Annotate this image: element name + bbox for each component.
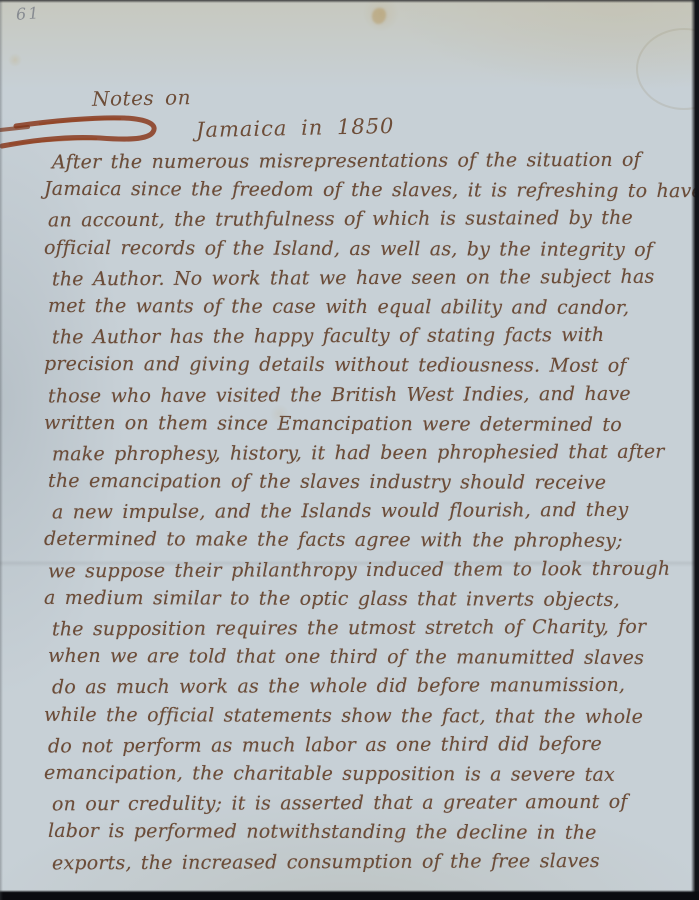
manuscript-line: labor is performed notwithstanding the d…	[44, 817, 684, 848]
manuscript-line: emancipation, the charitable supposition…	[44, 759, 684, 790]
manuscript-line: exports, the increased consumption of th…	[44, 846, 684, 878]
manuscript-line: the supposition requires the utmost stre…	[44, 613, 684, 645]
photo-edge-right	[691, 0, 699, 900]
photo-edge-bottom	[0, 890, 699, 900]
manuscript-line: a medium similar to the optic glass that…	[44, 584, 684, 615]
heading-jamaica-1850: Jamaica in 1850	[196, 114, 395, 142]
manuscript-page: 61 Notes on Jamaica in 1850 After the nu…	[0, 0, 699, 900]
manuscript-line: we suppose their philanthropy induced th…	[44, 554, 684, 586]
photo-edge-left	[0, 0, 3, 900]
manuscript-line: Jamaica since the freedom of the slaves,…	[44, 175, 684, 206]
manuscript-line: while the official statements show the f…	[44, 700, 684, 731]
manuscript-line: make phrophesy, history, it had been phr…	[44, 437, 684, 469]
manuscript-line: those who have visited the British West …	[44, 379, 684, 411]
manuscript-line: when we are told that one third of the m…	[44, 642, 684, 673]
manuscript-line: on our credulity; it is asserted that a …	[44, 788, 684, 820]
manuscript-line: determined to make the facts agree with …	[44, 525, 684, 556]
manuscript-line: do as much work as the whole did before …	[44, 671, 684, 703]
manuscript-line: the emancipation of the slaves industry …	[44, 467, 684, 498]
manuscript-line: met the wants of the case with equal abi…	[44, 292, 684, 323]
manuscript-line: the Author has the happy faculty of stat…	[44, 321, 684, 353]
page-number: 61	[15, 3, 41, 24]
manuscript-line: an account, the truthfulness of which is…	[44, 204, 684, 236]
photo-edge-top	[0, 0, 699, 3]
heading-notes-on: Notes on	[92, 85, 191, 111]
manuscript-line: a new impulse, and the Islands would flo…	[44, 496, 684, 528]
manuscript-line: the Author. No work that we have seen on…	[44, 262, 684, 294]
manuscript-line: official records of the Island, as well …	[44, 233, 684, 264]
manuscript-line: written on them since Emancipation were …	[44, 409, 684, 440]
manuscript-line: After the numerous misrepresentations of…	[44, 146, 684, 178]
ink-stain	[372, 8, 386, 24]
manuscript-line: precision and giving details without ted…	[44, 350, 684, 381]
manuscript-line: do not perform as much labor as one thir…	[44, 729, 684, 761]
manuscript-body: After the numerous misrepresentations of…	[44, 147, 684, 877]
ring-stain	[636, 28, 699, 110]
